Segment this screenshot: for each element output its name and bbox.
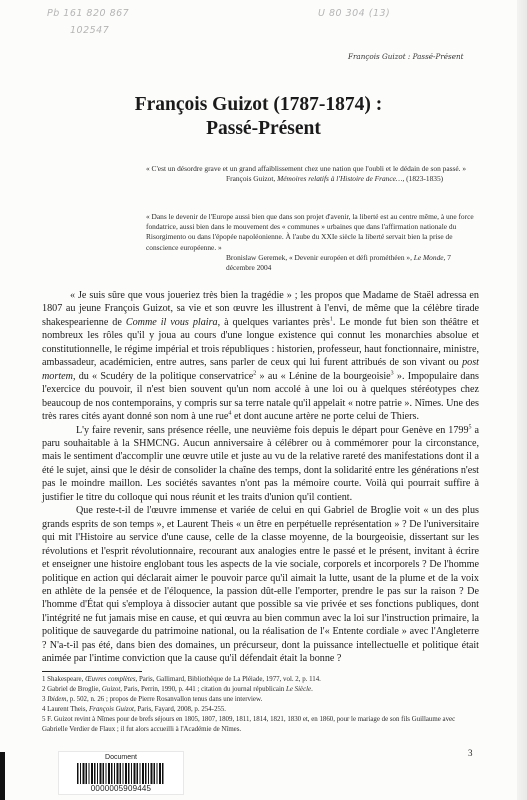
- article-body: « Je suis sûre que vous joueriez très bi…: [42, 289, 479, 666]
- epigraph-attribution: François Guizot, Mémoires relatifs à l'H…: [146, 174, 478, 184]
- epigraph-date: , (1823-1835): [402, 174, 443, 183]
- page-number: 3: [468, 748, 473, 758]
- epigraph-author: Bronislaw Geremek, « Devenir européen et…: [226, 253, 414, 262]
- paragraph-3: Que reste-t-il de l'œuvre immense et var…: [42, 504, 479, 665]
- epigraph-work: Mémoires relatifs à l'Histoire de France…: [277, 174, 402, 183]
- epigraph-work: Le Monde: [414, 253, 444, 262]
- footnotes: 1 Shakespeare, Œuvres complètes, Paris, …: [42, 675, 479, 736]
- barcode-icon: [77, 763, 165, 784]
- epigraph-author: François Guizot,: [226, 174, 277, 183]
- barcode-number: 0000005909445: [59, 784, 183, 793]
- epigraph-guizot: « C'est un désordre grave et un grand af…: [146, 164, 478, 184]
- running-header: François Guizot : Passé-Présent: [348, 52, 463, 61]
- document-page: Pb 161 820 867 102547 U 80 304 (13) Fran…: [0, 0, 527, 800]
- epigraph-quote: « Dans le devenir de l'Europe aussi bien…: [146, 212, 474, 252]
- footnote-1: 1 Shakespeare, Œuvres complètes, Paris, …: [42, 675, 479, 685]
- page-title: François Guizot (1787-1874) : Passé-Prés…: [0, 93, 527, 141]
- paragraph-1: « Je suis sûre que vous joueriez très bi…: [42, 289, 479, 424]
- barcode-sticker: Document 0000005909445: [58, 751, 184, 795]
- paragraph-2: L'y faire revenir, sans présence réelle,…: [42, 424, 479, 505]
- handwritten-shelf-mark: U 80 304 (13): [318, 8, 390, 19]
- scan-border: [0, 752, 5, 800]
- epigraph-attribution: Bronislaw Geremek, « Devenir européen et…: [146, 253, 478, 273]
- epigraph-geremek: « Dans le devenir de l'Europe aussi bien…: [146, 212, 478, 273]
- footnote-2: 2 Gabriel de Broglie, Guizot, Paris, Per…: [42, 685, 479, 695]
- footnote-separator: [42, 671, 142, 672]
- footnote-3: 3 Ibidem, p. 502, n. 26 ; propos de Pier…: [42, 695, 479, 705]
- handwritten-call-number: Pb 161 820 867: [47, 8, 129, 19]
- title-line-2: Passé-Présent: [0, 117, 527, 141]
- footnote-4: 4 Laurent Theis, François Guizot, Paris,…: [42, 705, 479, 715]
- title-line-1: François Guizot (1787-1874) :: [0, 93, 527, 117]
- epigraph-quote: « C'est un désordre grave et un grand af…: [146, 164, 466, 173]
- handwritten-record-number: 102547: [70, 25, 109, 36]
- footnote-5: 5 F. Guizot revint à Nîmes pour de brefs…: [42, 715, 479, 735]
- barcode-title: Document: [59, 754, 183, 762]
